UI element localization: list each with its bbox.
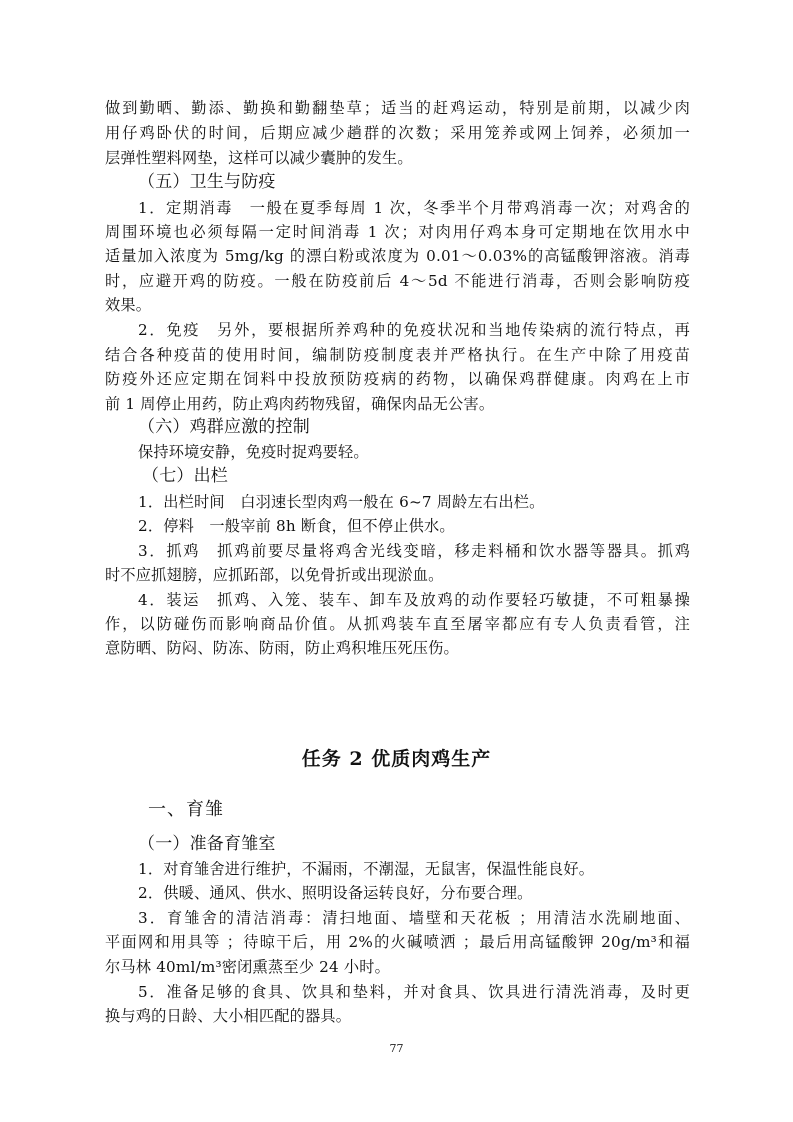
- paragraph-line: 防疫外还应定期在饲料中投放预防疫病的药物，以确保鸡群健康。肉鸡在上市: [105, 367, 690, 391]
- paragraph-line: 周围环境也必须每隔一定时间消毒 1 次；对肉用仔鸡本身可定期地在饮用水中: [105, 220, 690, 244]
- paragraph-line: 时，应避开鸡的防疫。一般在防疫前后 4～5d 不能进行消毒，否则会影响防疫: [105, 269, 690, 293]
- paragraph-line: 前 1 周停止用药，防止鸡肉药物残留，确保肉品无公害。: [105, 392, 690, 416]
- paragraph-line: 尔马林 40ml/m³密闭熏蒸至少 24 小时。: [105, 955, 690, 979]
- paragraph-line: 1．出栏时间 白羽速长型肉鸡一般在 6~7 周龄左右出栏。: [138, 490, 690, 514]
- paragraph-line: 时不应抓翅膀，应抓跖部，以免骨折或出现淤血。: [105, 563, 690, 587]
- paragraph-line: 1．对育雏舍进行维护，不漏雨，不潮湿，无鼠害，保温性能良好。: [138, 857, 690, 881]
- paragraph-line: 做到勤晒、勤添、勤换和勤翻垫草；适当的赶鸡运动，特别是前期，以减少肉: [105, 96, 690, 120]
- paragraph-line: 保持环境安静，免疫时捉鸡要轻。: [138, 440, 690, 464]
- subsection-heading: （五）卫生与防疫: [138, 170, 723, 194]
- subsection-heading: （七）出栏: [142, 464, 727, 488]
- paragraph-line: 结合各种疫苗的使用时间，编制防疫制度表并严格执行。在生产中除了用疫苗: [105, 343, 690, 367]
- paragraph-line: 意防晒、防闷、防冻、防雨，防止鸡积堆压死压伤。: [105, 636, 690, 660]
- paragraph-line: 层弹性塑料网垫，这样可以减少囊肿的发生。: [105, 146, 690, 170]
- paragraph-line: 2．停料 一般宰前 8h 断食，但不停止供水。: [138, 514, 690, 538]
- section-heading-brooding: 一、育雏: [148, 795, 224, 821]
- page-number: 77: [0, 1042, 793, 1055]
- task-title: 任务 2 优质肉鸡生产: [0, 744, 793, 771]
- subsection-heading: （一）准备育雏室: [138, 832, 723, 856]
- paragraph-line: 2．免疫 另外，要根据所养鸡种的免疫状况和当地传染病的流行特点，再: [138, 318, 690, 342]
- paragraph-line: 1．定期消毒 一般在夏季每周 1 次，冬季半个月带鸡消毒一次；对鸡舍的: [138, 196, 690, 220]
- paragraph-line: 作，以防碰伤而影响商品价值。从抓鸡装车直至屠宰都应有专人负责看管，注: [105, 612, 690, 636]
- paragraph-line: 平面网和用具等 ；待晾干后，用 2%的火碱喷洒 ；最后用高锰酸钾 20g/m³和…: [105, 930, 690, 954]
- paragraph-line: 用仔鸡卧伏的时间，后期应减少趟群的次数；采用笼养或网上饲养，必须加一: [105, 121, 690, 145]
- paragraph-line: 适量加入浓度为 5mg/kg 的漂白粉或浓度为 0.01～0.03%的高锰酸钾溶…: [105, 244, 690, 268]
- paragraph-line: 5．准备足够的食具、饮具和垫料，并对食具、饮具进行清洗消毒，及时更: [138, 980, 690, 1004]
- paragraph-line: 4．装运 抓鸡、入笼、装车、卸车及放鸡的动作要轻巧敏捷，不可粗暴操: [138, 588, 690, 612]
- document-page: 做到勤晒、勤添、勤换和勤翻垫草；适当的赶鸡运动，特别是前期，以减少肉用仔鸡卧伏的…: [0, 0, 793, 1122]
- paragraph-line: 3．抓鸡 抓鸡前要尽量将鸡舍光线变暗，移走料桶和饮水器等器具。抓鸡: [138, 539, 690, 563]
- paragraph-line: 2．供暖、通风、供水、照明设备运转良好，分布要合理。: [138, 881, 690, 905]
- subsection-heading: （六）鸡群应激的控制: [138, 415, 723, 439]
- paragraph-line: 3．育雏舍的清洁消毒：清扫地面、墙壁和天花板 ；用清洁水洗刷地面、: [138, 906, 690, 930]
- paragraph-line: 换与鸡的日龄、大小相匹配的器具。: [105, 1004, 690, 1028]
- paragraph-line: 效果。: [105, 293, 690, 317]
